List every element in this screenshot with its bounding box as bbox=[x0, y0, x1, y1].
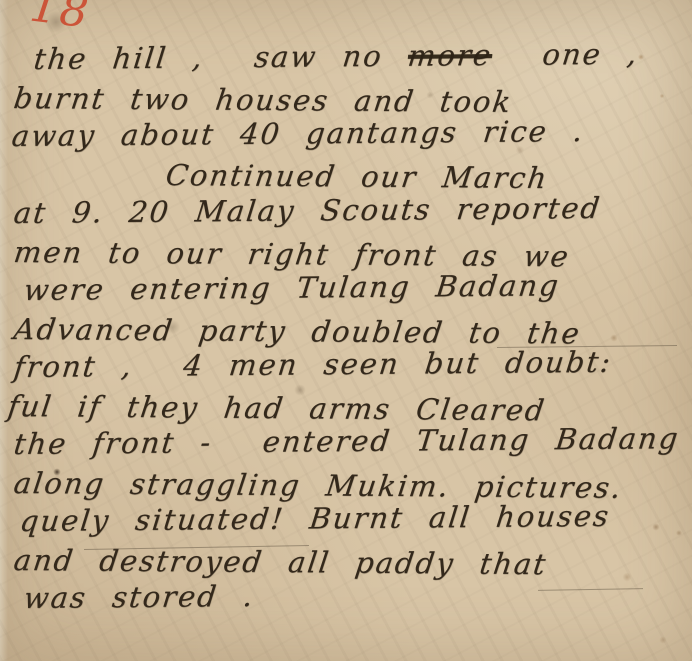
line-segment: front , 4 men seen but doubt: bbox=[12, 345, 614, 384]
manuscript-line: were entering Tulang Badang bbox=[22, 265, 692, 309]
line-segment: were entering Tulang Badang bbox=[22, 268, 562, 307]
line-segment: at 9. 20 Malay Scouts reported bbox=[12, 191, 603, 230]
manuscript-line: at 9. 20 Malay Scouts reported bbox=[12, 188, 692, 232]
line-segment: one , bbox=[490, 37, 640, 72]
manuscript-line: front , 4 men seen but doubt: bbox=[12, 342, 692, 386]
line-segment: the front - entered Tulang Badang bbox=[12, 421, 681, 461]
red-page-number: 18 bbox=[27, 0, 93, 38]
manuscript-line: quely situated! Burnt all houses bbox=[18, 496, 692, 540]
manuscript-lines: the hill , saw no more one ,burnt two ho… bbox=[14, 40, 692, 618]
manuscript-line: away about 40 gantangs rice . bbox=[10, 111, 692, 155]
manuscript-page: 18 the hill , saw no more one ,burnt two… bbox=[0, 0, 692, 661]
strikethrough-word: more bbox=[406, 38, 494, 73]
manuscript-line: the front - entered Tulang Badang bbox=[12, 419, 692, 463]
line-segment: the hill , saw no bbox=[32, 39, 410, 76]
line-segment: quely situated! Burnt all houses bbox=[18, 499, 612, 538]
manuscript-text: the hill , saw no more one ,burnt two ho… bbox=[14, 40, 692, 618]
line-segment: was stored . bbox=[22, 579, 256, 615]
line-segment: away about 40 gantangs rice . bbox=[10, 114, 586, 153]
manuscript-line: the hill , saw no more one , bbox=[32, 34, 692, 78]
manuscript-line: was stored . bbox=[22, 573, 692, 617]
